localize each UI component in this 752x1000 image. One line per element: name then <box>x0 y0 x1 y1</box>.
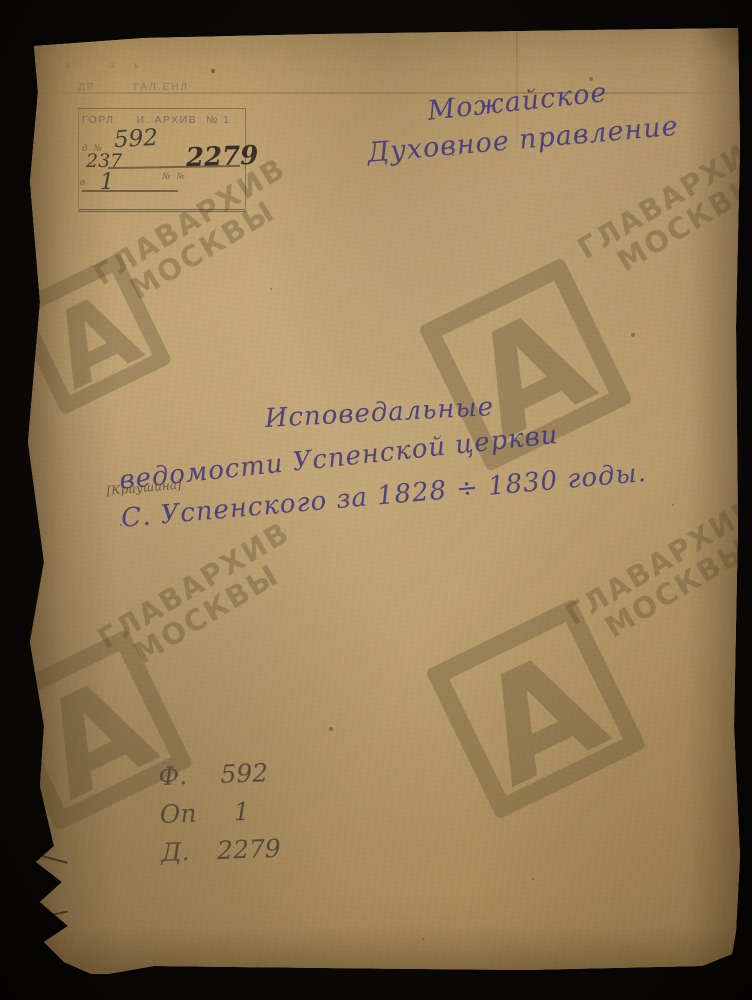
stamp-row3-prefix: в <box>80 178 85 188</box>
fond-value: 592 <box>220 758 269 789</box>
title-line1: Исповедальные <box>264 392 495 434</box>
delo-label: Д. <box>161 836 218 867</box>
stamp-row2-left-number: 237 <box>86 150 122 172</box>
glavarkhiv-watermark-text: ГЛАВАРХИВ МОСКВЫ <box>572 126 752 293</box>
delo-row: Д. 2279 <box>161 834 282 867</box>
archive-cover-page: ГЛАВАРХИВ МОСКВЫ А ГЛАВАРХИВ МОСКВЫ А ГЛ… <box>24 26 742 974</box>
stamp-opis-number: 1 <box>100 170 114 195</box>
stamp-underline <box>82 190 178 192</box>
paper-specks <box>24 26 26 28</box>
stamp-faint-mid-row: ДР ГАЛ.ЕНЛ <box>78 82 189 93</box>
fond-row: Ф. 592 <box>158 758 279 791</box>
edge-tear <box>34 910 68 919</box>
edge-tear <box>38 854 67 864</box>
corner-fold <box>698 26 742 66</box>
stamp-fond-number: 592 <box>113 125 158 153</box>
stamp-row2-prefix: № № <box>162 172 185 182</box>
opis-label: Оп <box>159 797 234 829</box>
opis-value: 1 <box>233 797 250 827</box>
title-pencil-note: [Криушина] <box>106 477 182 497</box>
fond-label: Ф. <box>158 760 221 791</box>
document-background: ГЛАВАРХИВ МОСКВЫ А ГЛАВАРХИВ МОСКВЫ А ГЛ… <box>0 0 752 1000</box>
header-office-line: Духовное правление <box>366 111 680 169</box>
stamp-faint-top-row: к з ь <box>66 60 139 70</box>
delo-value: 2279 <box>217 834 282 865</box>
stamp-delo-number: 2279 <box>185 141 258 174</box>
footer-references: Ф. 592 Оп 1 Д. 2279 <box>158 758 281 867</box>
opis-row: Оп 1 <box>159 796 280 829</box>
watermark-logo-letter: А <box>16 647 175 830</box>
